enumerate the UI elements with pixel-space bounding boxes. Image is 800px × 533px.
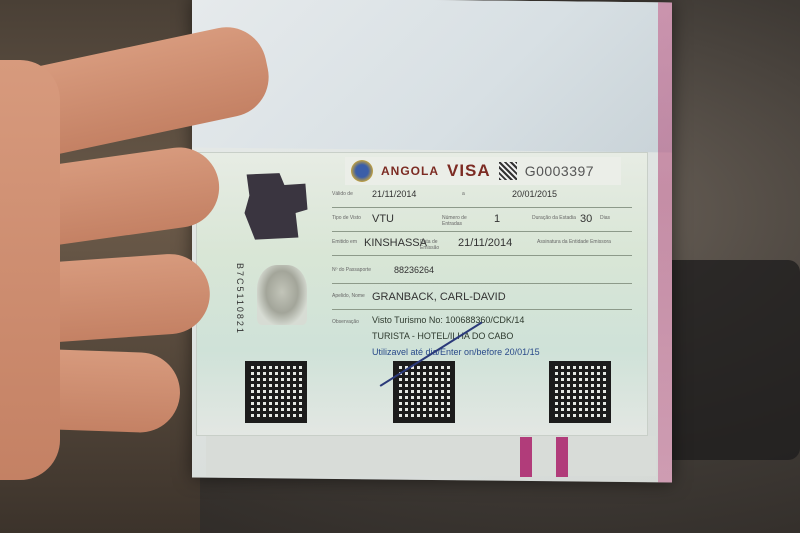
label-passport-number: Nº do Passaporte bbox=[332, 267, 372, 273]
country-name: ANGOLA bbox=[381, 164, 439, 178]
palm bbox=[0, 60, 60, 480]
hand bbox=[0, 40, 300, 480]
row-passport: Nº do Passaporte 88236264 bbox=[332, 261, 632, 284]
visa-number: G0003397 bbox=[525, 163, 594, 179]
visa-title: VISA bbox=[447, 161, 491, 181]
date-of-issue: 21/11/2014 bbox=[458, 237, 512, 249]
label-issued-at: Emitido em bbox=[332, 239, 364, 245]
page-mark bbox=[520, 437, 532, 477]
observation-line-3: Utilizavel até dia/Enter on/before 20/01… bbox=[372, 347, 540, 357]
observation-line-1: Visto Turismo No: 100688360/CDK/14 bbox=[372, 315, 524, 325]
datamatrix-icon bbox=[499, 162, 517, 180]
duration: 30 bbox=[580, 213, 592, 225]
issued-at: KINSHASSA bbox=[364, 237, 427, 249]
valid-from: 21/11/2014 bbox=[372, 189, 416, 199]
valid-until: 20/01/2015 bbox=[512, 189, 557, 199]
row-validity: Válido de 21/11/2014 a 20/01/2015 bbox=[332, 185, 632, 208]
entries: 1 bbox=[494, 213, 500, 225]
visa-header: ANGOLA VISA G0003397 bbox=[345, 157, 621, 185]
row-issue: Emitido em KINSHASSA Data de Emissão 21/… bbox=[332, 233, 632, 256]
passport-number: 88236264 bbox=[394, 265, 434, 275]
label-entries: Número de Entradas bbox=[442, 215, 487, 227]
holder-name: GRANBACK, CARL-DAVID bbox=[372, 291, 506, 303]
page-edge-pattern bbox=[658, 2, 672, 482]
row-type: Tipo de Visto VTU Número de Entradas 1 D… bbox=[332, 209, 632, 232]
row-name: Apelido, Nome GRANBACK, CARL-DAVID bbox=[332, 287, 632, 310]
visa-type: VTU bbox=[372, 213, 394, 225]
label-valid-until: a bbox=[462, 191, 494, 197]
coat-of-arms-icon bbox=[351, 160, 373, 182]
label-duration: Duração da Estadia bbox=[532, 215, 577, 221]
page-mark bbox=[556, 437, 568, 477]
label-issuing-authority: Assinatura da Entidade Emissora bbox=[537, 239, 617, 245]
label-name: Apelido, Nome bbox=[332, 293, 372, 299]
observation-line-2: TURISTA - HOTEL/ILHA DO CABO bbox=[372, 331, 513, 341]
qr-code-right bbox=[549, 361, 611, 423]
background-object bbox=[650, 260, 800, 460]
label-valid-from: Válido de bbox=[332, 191, 364, 197]
label-observations: Observação bbox=[332, 319, 364, 325]
label-visa-type: Tipo de Visto bbox=[332, 215, 364, 221]
label-duration-unit: Dias bbox=[600, 215, 620, 221]
label-date-of-issue: Data de Emissão bbox=[420, 239, 456, 251]
